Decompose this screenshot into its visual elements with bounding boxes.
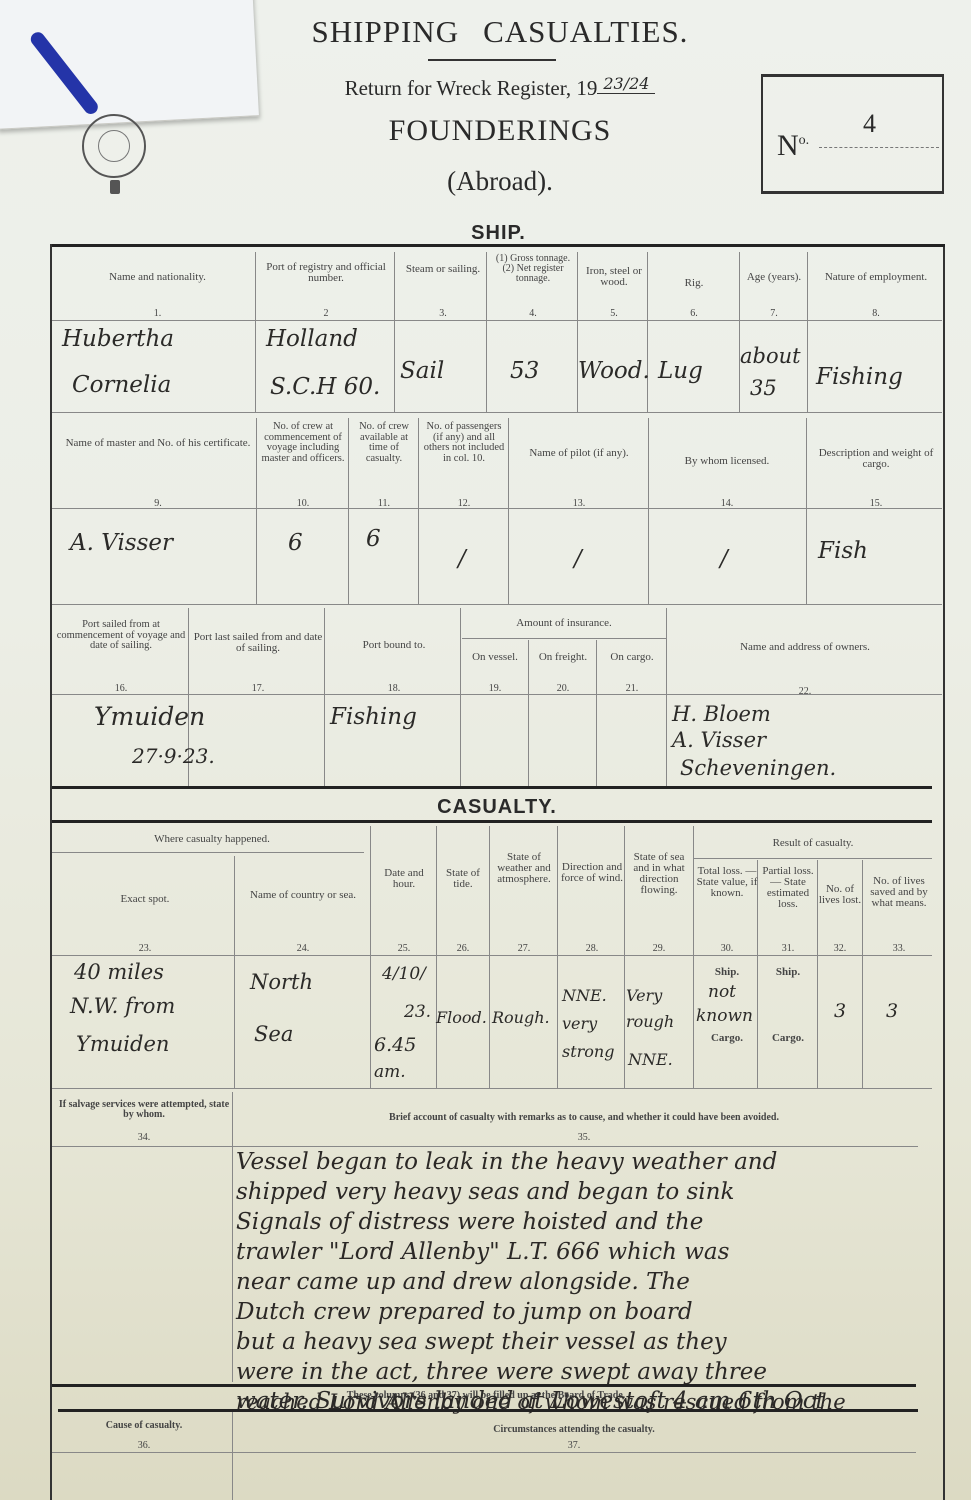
header-lives-saved: No. of lives saved and by what means. [864,876,934,909]
col-number: 25. [374,943,434,954]
lives-lost-value: 3 [834,1000,846,1022]
col-number: 27. [491,943,557,954]
header-passengers: No. of passengers (if any) and all other… [422,422,506,464]
lives-saved-value: 3 [886,1000,898,1022]
header-material: Iron, steel or wood. [582,266,646,288]
ship-name-line2: Cornelia [72,372,171,398]
header-name-nationality: Name and nationality. [60,272,255,283]
age-value-line2: 35 [750,376,777,400]
col-number: 30. [696,943,758,954]
sea-name-line1: North [250,970,313,994]
header-country-sea: Name of country or sea. [236,890,370,901]
port-registry: Holland [266,326,358,352]
rule [52,852,364,853]
total-loss-cargo-label: Cargo. [696,1032,758,1044]
account-line: shipped very heavy seas and began to sin… [236,1177,926,1207]
employment-value: Fishing [816,364,903,390]
col-number: 23. [56,943,234,954]
col-number: 1. [60,308,255,319]
passengers-value: / [458,546,466,572]
record-number-box: No. 4 [761,74,944,194]
form-title: SHIPPINGCASUALTIES. [0,14,971,50]
material-value: Wood. [578,358,650,384]
col-number: 31. [759,943,817,954]
header-insurance-vessel: On vessel. [462,652,528,663]
crew-start-value: 6 [288,530,303,556]
header-tonnage: (1) Gross tonnage. (2) Net register tonn… [490,254,576,284]
account-line: Dutch crew prepared to jump on board [236,1297,926,1327]
sea-state-line2: rough [626,1012,674,1031]
partial-loss-cargo-label: Cargo. [759,1032,817,1044]
header-tide: State of tide. [438,868,488,890]
header-steam-sailing: Steam or sailing. [400,264,486,275]
cargo-value: Fish [818,538,868,564]
header-total-loss: Total loss. — State value, if known. [696,866,758,899]
pilot-value: / [574,546,582,572]
number-underline [819,147,939,148]
rule [52,1088,932,1089]
col-number: 11. [350,498,418,509]
title-shipping: SHIPPING [312,14,460,49]
col-number: 37. [234,1440,914,1451]
wind-line1: NNE. [562,986,607,1005]
account-line: trawler "Lord Allenby" L.T. 666 which wa… [236,1237,926,1267]
header-circumstances: Circumstances attending the casualty. [234,1424,914,1435]
rule [52,955,932,956]
crew-available-value: 6 [366,526,381,552]
tonnage-value: 53 [510,358,539,384]
title-rule [428,59,556,61]
col-number: 16. [56,683,186,694]
date-line2: 23. [404,1002,431,1022]
col-number: 35. [234,1132,934,1143]
date-line1: 4/10/ [382,964,426,984]
master-value: A. Visser [70,530,173,556]
header-port-registry: Port of registry and official number. [258,262,394,284]
rule [52,244,945,247]
col-number: 3. [400,308,486,319]
header-port-bound: Port bound to. [328,640,460,651]
header-insurance-freight: On freight. [530,652,596,663]
account-line: were in the act, three were swept away t… [236,1357,926,1387]
col-number: 20. [530,683,596,694]
header-port-last-sailed: Port last sailed from and date of sailin… [192,632,324,654]
account-line: but a heavy sea swept their vessel as th… [236,1327,926,1357]
header-result-group: Result of casualty. [694,838,932,849]
date-line4: am. [374,1062,406,1082]
header-pilot: Name of pilot (if any). [512,448,646,459]
header-lives-lost: No. of lives lost. [818,884,862,906]
col-number: 6. [650,308,738,319]
col-number: 2 [258,308,394,319]
account-continuation-line: water. Survivors landed at Lowestoft 4 a… [236,1388,916,1414]
col-number: 19. [462,683,528,694]
date-line3: 6.45 [374,1034,416,1056]
total-loss-ship-label: Ship. [696,966,758,978]
header-date-hour: Date and hour. [374,868,434,890]
header-rig: Rig. [650,278,738,289]
header-employment: Nature of employment. [810,272,942,283]
casualty-account-text: Vessel began to leak in the heavy weathe… [236,1147,926,1417]
number-label: No. [777,129,809,163]
header-where-group: Where casualty happened. [56,834,368,845]
col-number: 4. [490,308,576,319]
sea-name-line2: Sea [254,1022,293,1046]
col-number: 26. [438,943,488,954]
casualty-section-heading: CASUALTY. [52,796,942,819]
exact-spot-line1: 40 miles [74,960,164,984]
sea-state-line1: Very [626,986,662,1005]
col-number: 8. [810,308,942,319]
col-number: 21. [598,683,666,694]
licensed-by-value: / [720,546,728,572]
total-loss-ship-line1: not [708,982,736,1002]
col-number: 34. [56,1132,232,1143]
header-account: Brief account of casualty with remarks a… [234,1112,934,1123]
header-age: Age (years). [742,272,806,283]
return-year: 23/24 [597,74,655,94]
col-number: 29. [626,943,692,954]
steam-or-sailing-value: Sail [400,358,444,384]
rule [694,858,932,859]
return-label: Return for Wreck Register, 19 [345,76,598,100]
sea-state-line3: NNE. [628,1050,673,1069]
col-number: 13. [512,498,646,509]
header-insurance-group: Amount of insurance. [462,618,666,629]
header-sea-state: State of sea and in what direction flowi… [626,852,692,896]
header-weather: State of weather and atmosphere. [491,852,557,885]
col-number: 22. [668,686,942,697]
owner-line1: H. Bloem [672,702,771,726]
header-licensed-by: By whom licensed. [650,456,804,467]
owner-line2: A. Visser [672,728,766,752]
account-line: Signals of distress were hoisted and the [236,1207,926,1237]
rig-value: Lug [658,358,703,384]
col-number: 32. [818,943,862,954]
rule [52,786,932,789]
col-number: 5. [582,308,646,319]
exact-spot-line3: Ymuiden [76,1032,169,1056]
col-number: 15. [810,498,942,509]
rule [52,604,942,605]
exact-spot-line2: N.W. from [70,994,175,1018]
col-number: 36. [56,1440,232,1451]
header-master: Name of master and No. of his certificat… [60,438,256,449]
rule [52,320,942,321]
header-cause: Cause of casualty. [56,1420,232,1431]
col-number: 33. [864,943,934,954]
rule [52,820,932,823]
col-number: 17. [192,683,324,694]
wind-line3: strong [562,1042,614,1061]
tide-value: Flood. [436,1008,487,1027]
col-number: 10. [258,498,348,509]
header-owners: Name and address of owners. [668,642,942,653]
header-wind: Direction and force of wind. [559,862,625,884]
rule [462,638,666,639]
header-crew-available: No. of crew available at time of casualt… [350,422,418,464]
wind-line2: very [562,1014,597,1033]
title-casualties: CASUALTIES. [483,14,688,49]
header-salvage: If salvage services were attempted, stat… [56,1100,232,1120]
age-value-line1: about [740,344,801,368]
rule [52,412,942,413]
ship-section-heading: SHIP. [0,222,971,245]
header-port-sailed-from: Port sailed from at commencement of voya… [56,620,186,652]
col-number: 14. [650,498,804,509]
col-number: 9. [60,498,256,509]
header-exact-spot: Exact spot. [56,894,234,905]
header-partial-loss: Partial loss. — State estimated loss. [759,866,817,910]
weather-value: Rough. [492,1008,550,1027]
header-cargo: Description and weight of cargo. [810,448,942,470]
owner-line3: Scheveningen. [680,756,836,780]
account-line: Vessel began to leak in the heavy weathe… [236,1147,926,1177]
record-number: 4 [863,109,876,139]
rule [52,1384,916,1387]
header-insurance-cargo: On cargo. [598,652,666,663]
port-sailed-from-value: Ymuiden [94,702,205,731]
partial-loss-ship-label: Ship. [759,966,817,978]
port-bound-value: Fishing [330,704,417,730]
col-number: 18. [328,683,460,694]
rule [52,1452,916,1453]
header-crew-start: No. of crew at commencement of voyage in… [258,422,348,464]
ship-name-line1: Hubertha [62,326,174,352]
total-loss-ship-line2: known [696,1006,753,1026]
col-number: 7. [742,308,806,319]
col-number: 12. [422,498,506,509]
sail-date-value: 27·9·23. [132,744,215,768]
col-number: 28. [559,943,625,954]
official-number: S.C.H 60. [270,374,380,400]
account-line: near came up and drew alongside. The [236,1267,926,1297]
col-number: 24. [236,943,370,954]
